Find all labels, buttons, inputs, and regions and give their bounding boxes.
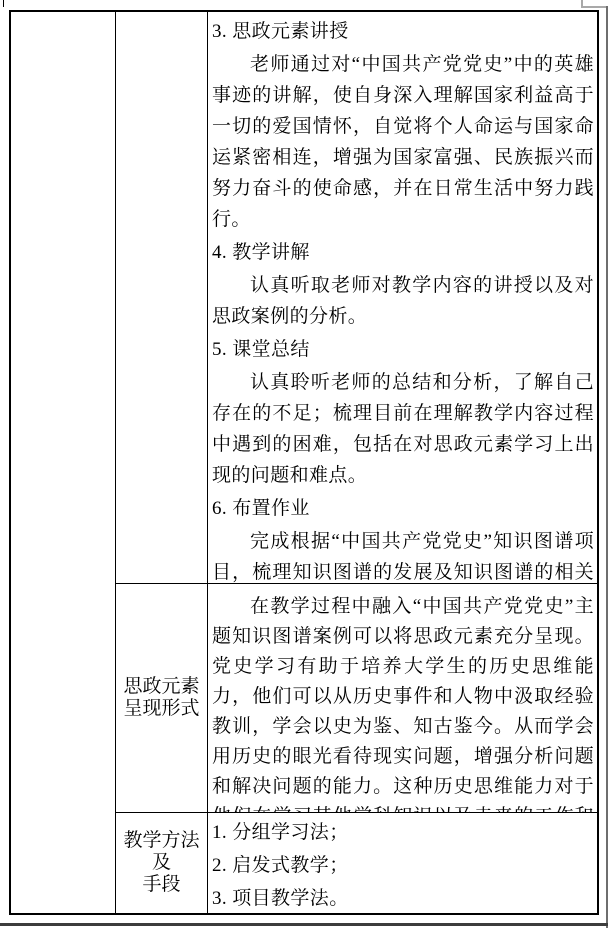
page-top-left-border-remnant <box>3 0 4 7</box>
activity-heading: 3. 思政元素讲授 <box>212 16 594 47</box>
page-bottom-edge-line <box>0 923 608 926</box>
activity-body: 完成根据“中国共产党党史”知识图谱项目，梳理知识图谱的发展及知识图谱的相关技术并… <box>212 526 594 583</box>
activity-body: 认真听取老师对教学内容的讲授以及对思政案例的分析。 <box>212 270 594 332</box>
row3-content-cell: 1. 分组学习法； 2. 启发式教学； 3. 项目教学法。 <box>207 812 597 913</box>
presentation-paragraph: 在教学过程中融入“中国共产党党史”主题知识图谱案例可以将思政元素充分呈现。党史学… <box>208 584 597 812</box>
activity-heading: 6. 布置作业 <box>212 493 594 524</box>
row2-label-cell: 思政元素 呈现形式 <box>115 583 207 812</box>
row2-label-line2: 呈现形式 <box>123 698 199 720</box>
method-item: 2. 启发式教学； <box>212 850 594 881</box>
row2-content-cell: 在教学过程中融入“中国共产党党史”主题知识图谱案例可以将思政元素充分呈现。党史学… <box>207 583 597 812</box>
lesson-plan-table: 3. 思政元素讲授 老师通过对“中国共产党党史”中的英雄事迹的讲解，使自身深入理… <box>9 10 599 915</box>
row3-label-line2: 手段 <box>142 874 180 896</box>
row1-label-cell <box>115 12 207 583</box>
activity-body: 认真聆听老师的总结和分析，了解自己存在的不足；梳理目前在理解教学内容过程中遇到的… <box>212 367 594 491</box>
activity-heading: 5. 课堂总结 <box>212 334 594 365</box>
row3-label-line1: 教学方法及 <box>116 830 207 874</box>
activity-body: 老师通过对“中国共产党党史”中的英雄事迹的讲解，使自身深入理解国家利益高于一切的… <box>212 49 594 235</box>
row3-label-cell: 教学方法及 手段 <box>115 812 207 913</box>
method-item: 3. 项目教学法。 <box>212 883 594 913</box>
row2-label-line1: 思政元素 <box>123 676 199 698</box>
left-spacer-cell <box>11 12 115 913</box>
activity-heading: 4. 教学讲解 <box>212 237 594 268</box>
row1-content-cell: 3. 思政元素讲授 老师通过对“中国共产党党史”中的英雄事迹的讲解，使自身深入理… <box>207 12 597 583</box>
method-item: 1. 分组学习法； <box>212 817 594 848</box>
page-top-right-gray-horizontal-line <box>581 6 606 8</box>
